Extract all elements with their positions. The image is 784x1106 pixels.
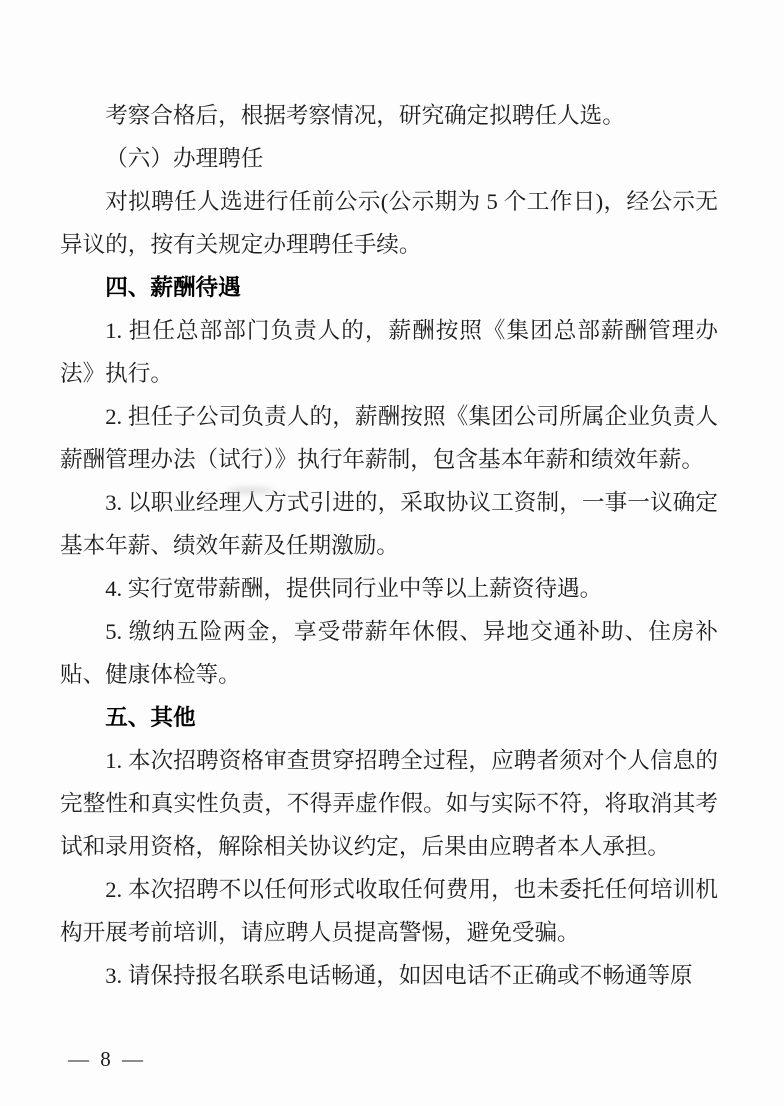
section-heading: 五、其他 (60, 696, 718, 739)
paragraph: 2. 本次招聘不以任何形式收取任何费用，也未委托任何培训机构开展考前培训，请应聘… (60, 868, 718, 954)
paragraph: 考察合格后，根据考察情况，研究确定拟聘任人选。 (60, 94, 718, 137)
paragraph: 2. 担任子公司负责人的，薪酬按照《集团公司所属企业负责人薪酬管理办法（试行）》… (60, 395, 718, 481)
paragraph: 4. 实行宽带薪酬，提供同行业中等以上薪资待遇。 (60, 567, 718, 610)
paragraph: 3. 以职业经理人方式引进的，采取协议工资制，一事一议确定基本年薪、绩效年薪及任… (60, 481, 718, 567)
paragraph: 1. 担任总部部门负责人的，薪酬按照《集团总部薪酬管理办法》执行。 (60, 309, 718, 395)
paragraph: （六）办理聘任 (60, 137, 718, 180)
paragraph: 3. 请保持报名联系电话畅通，如因电话不正确或不畅通等原 (60, 954, 718, 997)
paragraph: 对拟聘任人选进行任前公示(公示期为 5 个工作日)，经公示无异议的，按有关规定办… (60, 180, 718, 266)
paragraph: 1. 本次招聘资格审查贯穿招聘全过程，应聘者须对个人信息的完整性和真实性负责，不… (60, 739, 718, 868)
section-heading: 四、薪酬待遇 (60, 266, 718, 309)
page-number: — 8 — (68, 1044, 146, 1074)
scan-smudge-artifact (228, 487, 274, 494)
document-page: 考察合格后，根据考察情况，研究确定拟聘任人选。（六）办理聘任对拟聘任人选进行任前… (0, 0, 784, 1106)
paragraph: 5. 缴纳五险两金，享受带薪年休假、异地交通补助、住房补贴、健康体检等。 (60, 610, 718, 696)
document-body: 考察合格后，根据考察情况，研究确定拟聘任人选。（六）办理聘任对拟聘任人选进行任前… (60, 94, 718, 997)
